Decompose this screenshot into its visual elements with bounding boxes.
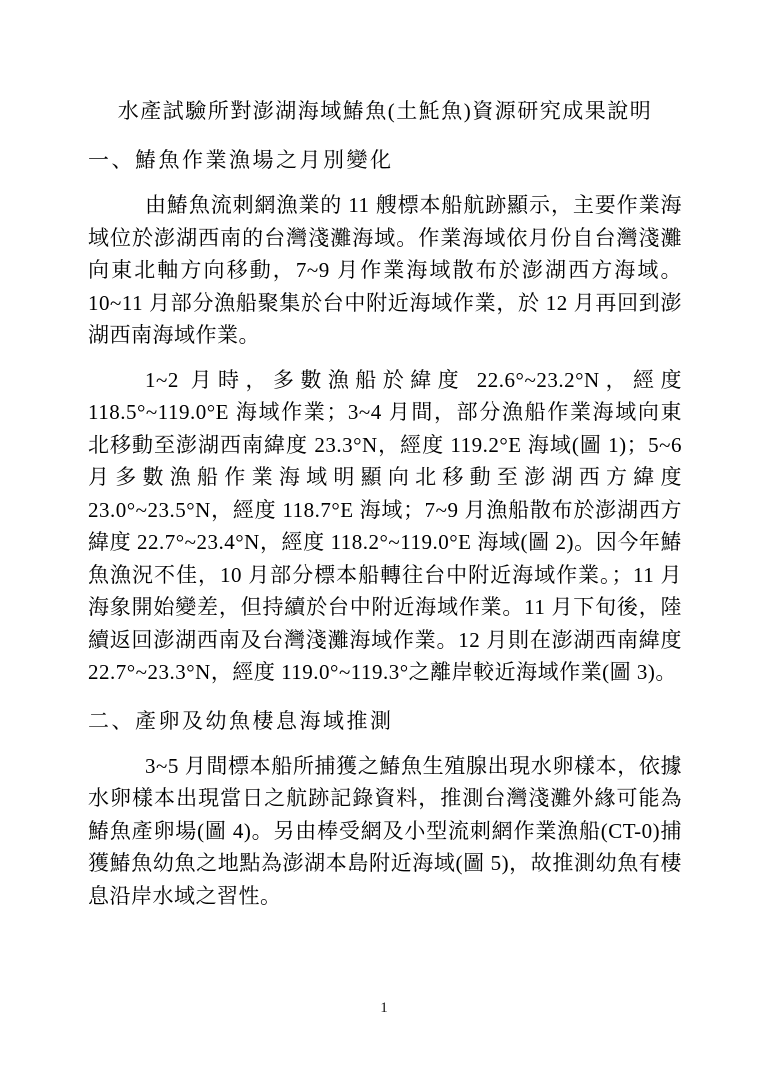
section-2-paragraph-1: 3~5 月間標本船所捕獲之鰆魚生殖腺出現水卵樣本，依據水卵樣本出現當日之航跡記錄… [88,750,682,913]
section-1-paragraph-2: 1~2 月時，多數漁船於緯度 22.6°~23.2°N，經度 118.5°~11… [88,364,682,689]
section-fishing-grounds: 一、鰆魚作業漁場之月別變化 由鰆魚流刺網漁業的 11 艘標本船航跡顯示，主要作業… [88,144,682,689]
section-1-paragraph-1: 由鰆魚流刺網漁業的 11 艘標本船航跡顯示，主要作業海域位於澎湖西南的台灣淺灘海… [88,189,682,352]
page-number: 1 [0,999,768,1017]
section-spawning-habitat: 二、產卵及幼魚棲息海域推測 3~5 月間標本船所捕獲之鰆魚生殖腺出現水卵樣本，依… [88,705,682,913]
document-title: 水產試驗所對澎湖海域鰆魚(土魠魚)資源研究成果說明 [88,95,682,128]
section-2-heading: 二、產卵及幼魚棲息海域推測 [88,705,682,738]
section-1-heading: 一、鰆魚作業漁場之月別變化 [88,144,682,177]
document-page: 水產試驗所對澎湖海域鰆魚(土魠魚)資源研究成果說明 一、鰆魚作業漁場之月別變化 … [0,0,768,1087]
